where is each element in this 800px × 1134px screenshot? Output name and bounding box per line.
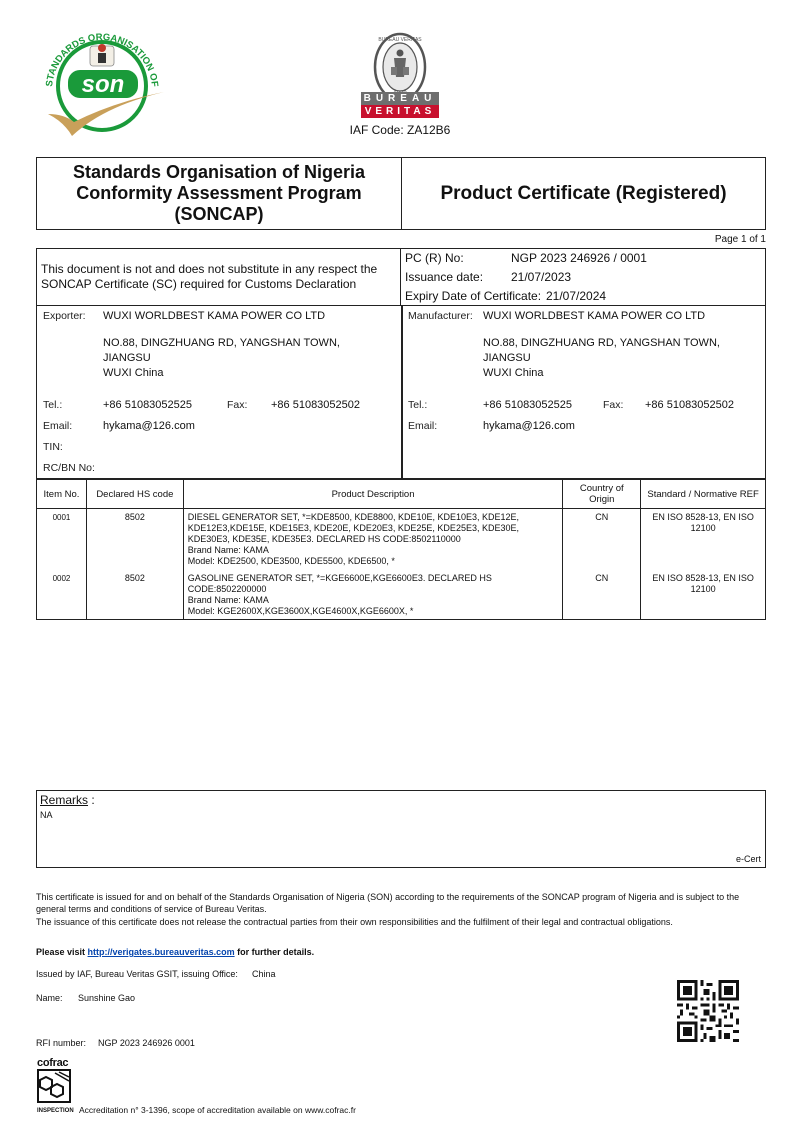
description-line: KDE12E3,KDE15E, KDE15E3, KDE20E, KDE20E3… bbox=[188, 523, 559, 534]
program-title-line3: (SONCAP) bbox=[73, 204, 365, 225]
parties-box: Exporter: WUXI WORLDBEST KAMA POWER CO L… bbox=[36, 306, 766, 479]
issuance-date-row: Issuance date:21/07/2023 bbox=[405, 270, 571, 284]
country-of-origin: CN bbox=[563, 570, 641, 620]
exporter-tel-label: Tel.: bbox=[43, 399, 62, 411]
col-hs-code: Declared HS code bbox=[86, 480, 183, 509]
bv-bureau-word: BUREAU bbox=[361, 92, 439, 105]
product-description: GASOLINE GENERATOR SET, *=KGE6600E,KGE66… bbox=[183, 570, 563, 620]
description-line: GASOLINE GENERATOR SET, *=KGE6600E,KGE66… bbox=[188, 573, 559, 584]
program-title-line2: Conformity Assessment Program bbox=[73, 183, 365, 204]
products-table: Item No. Declared HS code Product Descri… bbox=[36, 479, 766, 620]
bv-veritas-word: VERITAS bbox=[361, 105, 439, 118]
qr-code-icon bbox=[677, 980, 739, 1042]
visit-prefix: Please visit bbox=[36, 947, 88, 957]
description-line: CODE:8502200000 bbox=[188, 584, 559, 595]
product-description: DIESEL GENERATOR SET, *=KDE8500, KDE8800… bbox=[183, 509, 563, 571]
name-value: Sunshine Gao bbox=[78, 993, 135, 1003]
exporter-address-line2: JIANGSU bbox=[103, 351, 151, 366]
exporter-tel: +86 51083052525 bbox=[103, 398, 192, 413]
manufacturer-tel-label: Tel.: bbox=[408, 399, 427, 411]
manufacturer-address-line3: WUXI China bbox=[483, 366, 544, 381]
description-line: Model: KDE2500, KDE3500, KDE5500, KDE650… bbox=[188, 556, 559, 567]
cofrac-hexagon-icon bbox=[37, 1069, 71, 1103]
col-description: Product Description bbox=[183, 480, 563, 509]
cofrac-logo: cofrac INSPECTION bbox=[37, 1058, 73, 1114]
page-number: Page 1 of 1 bbox=[715, 234, 766, 245]
remarks-label: Remarks : bbox=[40, 793, 95, 807]
manufacturer-label: Manufacturer: bbox=[408, 310, 473, 322]
manufacturer-address-line1: NO.88, DINGZHUANG RD, YANGSHAN TOWN, bbox=[483, 336, 720, 351]
verigates-link[interactable]: http://verigates.bureauveritas.com bbox=[88, 947, 235, 957]
remarks-box: Remarks : NA e-Cert bbox=[36, 790, 766, 868]
standard-ref: EN ISO 8528-13, EN ISO 12100 bbox=[641, 570, 766, 620]
rfi-value: NGP 2023 246926 0001 bbox=[98, 1038, 195, 1048]
footer-paragraph-1: This certificate is issued for and on be… bbox=[36, 891, 766, 915]
manufacturer-address-line2: JIANGSU bbox=[483, 351, 531, 366]
pc-number-row: PC (R) No:NGP 2023 246926 / 0001 bbox=[405, 251, 647, 265]
country-of-origin: CN bbox=[563, 509, 641, 571]
son-logo: STANDARDS ORGANISATION OF NIGERIA son bbox=[34, 18, 170, 140]
hs-code: 8502 bbox=[86, 570, 183, 620]
exporter-address-line1: NO.88, DINGZHUANG RD, YANGSHAN TOWN, bbox=[103, 336, 340, 351]
standard-ref: EN ISO 8528-13, EN ISO 12100 bbox=[641, 509, 766, 571]
description-line: Model: KGE2600X,KGE3600X,KGE4600X,KGE660… bbox=[188, 606, 559, 617]
parties-divider bbox=[401, 306, 403, 478]
hs-code: 8502 bbox=[86, 509, 183, 571]
name-label: Name: bbox=[36, 992, 78, 1004]
manufacturer-name: WUXI WORLDBEST KAMA POWER CO LTD bbox=[483, 309, 705, 324]
disclaimer-text: This document is not and does not substi… bbox=[37, 249, 401, 305]
iaf-code: IAF Code: ZA12B6 bbox=[340, 123, 460, 137]
svg-text:son: son bbox=[82, 71, 125, 98]
item-no: 0001 bbox=[37, 509, 87, 571]
pc-number-label: PC (R) No: bbox=[405, 251, 511, 265]
description-line: Brand Name: KAMA bbox=[188, 595, 559, 606]
svg-text:BUREAU VERITAS: BUREAU VERITAS bbox=[378, 37, 422, 43]
col-item-no: Item No. bbox=[37, 480, 87, 509]
products-header-row: Item No. Declared HS code Product Descri… bbox=[37, 480, 766, 509]
remarks-label-text: Remarks bbox=[40, 793, 88, 807]
visit-line: Please visit http://verigates.bureauveri… bbox=[36, 946, 766, 958]
exporter-name: WUXI WORLDBEST KAMA POWER CO LTD bbox=[103, 309, 325, 324]
certificate-type-title: Product Certificate (Registered) bbox=[402, 158, 765, 229]
rfi-line: RFI number:NGP 2023 246926 0001 bbox=[36, 1037, 766, 1049]
exporter-email-label: Email: bbox=[43, 420, 72, 432]
exporter-address-line3: WUXI China bbox=[103, 366, 164, 381]
ecert-label: e-Cert bbox=[736, 854, 761, 864]
exporter-fax-label: Fax: bbox=[227, 399, 247, 411]
exporter-email: hykama@126.com bbox=[103, 419, 195, 434]
exporter-tin-label: TIN: bbox=[43, 441, 63, 453]
table-row: 0002 8502 GASOLINE GENERATOR SET, *=KGE6… bbox=[37, 570, 766, 620]
issued-by-value: China bbox=[252, 969, 276, 979]
exporter-fax: +86 51083052502 bbox=[271, 398, 360, 413]
footer-paragraph-2: The issuance of this certificate does no… bbox=[36, 916, 766, 928]
item-no: 0002 bbox=[37, 570, 87, 620]
name-line: Name:Sunshine Gao bbox=[36, 992, 766, 1004]
cofrac-wordmark: cofrac bbox=[37, 1058, 73, 1069]
issued-by-line: Issued by IAF, Bureau Veritas GSIT, issu… bbox=[36, 968, 766, 980]
exporter-rcbn-label: RC/BN No: bbox=[43, 462, 95, 474]
expiry-date-label: Expiry Date of Certificate: bbox=[405, 289, 546, 303]
issuance-date-label: Issuance date: bbox=[405, 270, 511, 284]
table-row: 0001 8502 DIESEL GENERATOR SET, *=KDE850… bbox=[37, 509, 766, 571]
title-box: Standards Organisation of Nigeria Confor… bbox=[36, 157, 766, 230]
program-title-line1: Standards Organisation of Nigeria bbox=[73, 162, 365, 183]
description-line: KDE30E3, KDE35E, KDE35E3. DECLARED HS CO… bbox=[188, 534, 559, 545]
program-title: Standards Organisation of Nigeria Confor… bbox=[37, 158, 402, 229]
remarks-value: NA bbox=[40, 810, 53, 820]
cofrac-inspection: INSPECTION bbox=[37, 1108, 73, 1115]
col-standard: Standard / Normative REF bbox=[641, 480, 766, 509]
manufacturer-email: hykama@126.com bbox=[483, 419, 575, 434]
manufacturer-fax: +86 51083052502 bbox=[645, 398, 734, 413]
expiry-date-row: Expiry Date of Certificate:21/07/2024 bbox=[405, 289, 606, 303]
manufacturer-fax-label: Fax: bbox=[603, 399, 623, 411]
exporter-label: Exporter: bbox=[43, 310, 86, 322]
certificate-info-box: This document is not and does not substi… bbox=[36, 248, 766, 306]
pc-number-value: NGP 2023 246926 / 0001 bbox=[511, 251, 647, 265]
rfi-label: RFI number: bbox=[36, 1037, 98, 1049]
description-line: DIESEL GENERATOR SET, *=KDE8500, KDE8800… bbox=[188, 512, 559, 523]
expiry-date-value: 21/07/2024 bbox=[546, 289, 606, 303]
issued-by-label: Issued by IAF, Bureau Veritas GSIT, issu… bbox=[36, 968, 252, 980]
accreditation-text: Accreditation n° 3-1396, scope of accred… bbox=[79, 1104, 800, 1116]
manufacturer-email-label: Email: bbox=[408, 420, 437, 432]
visit-suffix: for further details. bbox=[235, 947, 315, 957]
description-line: Brand Name: KAMA bbox=[188, 545, 559, 556]
col-country-origin: Country of Origin bbox=[563, 480, 641, 509]
manufacturer-tel: +86 51083052525 bbox=[483, 398, 572, 413]
issuance-date-value: 21/07/2023 bbox=[511, 270, 571, 284]
remarks-colon: : bbox=[88, 793, 95, 807]
